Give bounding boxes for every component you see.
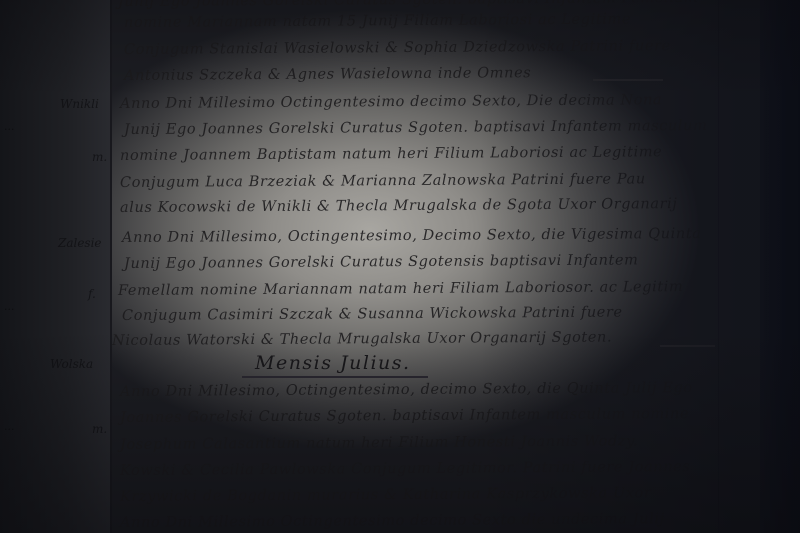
- margin-note-sex: m.: [92, 150, 107, 164]
- entry-line: Anno Dni Millesimo Octingentesimo decimo…: [120, 92, 662, 112]
- entry-line: Anno Dni Millesimo, Octingentesimo, deci…: [120, 380, 693, 400]
- margin-note-place: Wolska: [50, 357, 93, 371]
- entry-end-rule: [593, 79, 663, 81]
- entry-line: Nicolaus Watorski & Thecla Mrugalska Uxo…: [112, 330, 612, 349]
- entry-line: nomine Joannem Baptistam natum heri Fili…: [120, 144, 662, 164]
- gutter-margin-rule: [110, 0, 112, 533]
- margin-note-sex: f.: [88, 287, 96, 301]
- right-dark-edge: [760, 0, 800, 533]
- entry-line: Conjugum Stanislai Wasielowski & Sophia …: [124, 38, 671, 58]
- entry-line: Anno Dni Millesimo Octingentesimo decimo…: [120, 511, 665, 531]
- entry-end-rule: [660, 345, 715, 347]
- entry-line: Junij Ego Joannes Gorelski Curatus Sgote…: [124, 118, 708, 138]
- left-page-fragment: ...: [4, 300, 15, 313]
- document-photo: ... ... ... Wnikli m. Zalesie f. Wolska …: [0, 0, 800, 533]
- margin-note-place: Zalesie: [58, 236, 102, 250]
- entry-line: Junij Ego Joannes Gorelski Curatus Sgote…: [124, 252, 639, 272]
- entry-line: Conjugum Casimiri Szczak & Susanna Wicko…: [122, 305, 623, 324]
- entry-line: Joannes Gorelski Curatus Sgoten. baptisa…: [120, 406, 689, 426]
- month-heading: Mensis Julius.: [255, 352, 411, 374]
- entry-line: Antonius Szczeka & Agnes Wasielowna inde…: [124, 65, 531, 84]
- heading-underline: [242, 376, 428, 378]
- entry-line: Anno Dni Millesimo, Octingentesimo, Deci…: [122, 226, 702, 246]
- margin-note-sex: m.: [92, 422, 107, 436]
- entry-line: Conjugum Luca Brzeziak & Marianna Zalnow…: [120, 171, 646, 191]
- left-page-fragment: ...: [4, 120, 15, 133]
- entry-line: Kowski & Cecilia Pawlowska Conjugum Legi…: [120, 459, 690, 479]
- right-margin-rule: [718, 0, 719, 533]
- entry-line: Femellam nomine Mariannam natam heri Fil…: [118, 279, 683, 299]
- left-page-fragment: ...: [4, 420, 15, 433]
- entry-line: alus Kocowski de Wnikli & Thecla Mrugals…: [120, 196, 678, 216]
- left-page-binding: [0, 0, 112, 533]
- margin-note-place: Wnikli: [60, 97, 99, 111]
- entry-line: Junij Ego Joannes Gorelski Curatus Sgote…: [118, 0, 698, 10]
- entry-line: Krzywicki de Bogdanin murarius & Kathari…: [120, 485, 652, 505]
- entry-line: nomine Mariannam natam 15 Junij Filiam L…: [124, 11, 631, 31]
- entry-line: Josephum Calasantium natum heri Filium H…: [120, 433, 638, 453]
